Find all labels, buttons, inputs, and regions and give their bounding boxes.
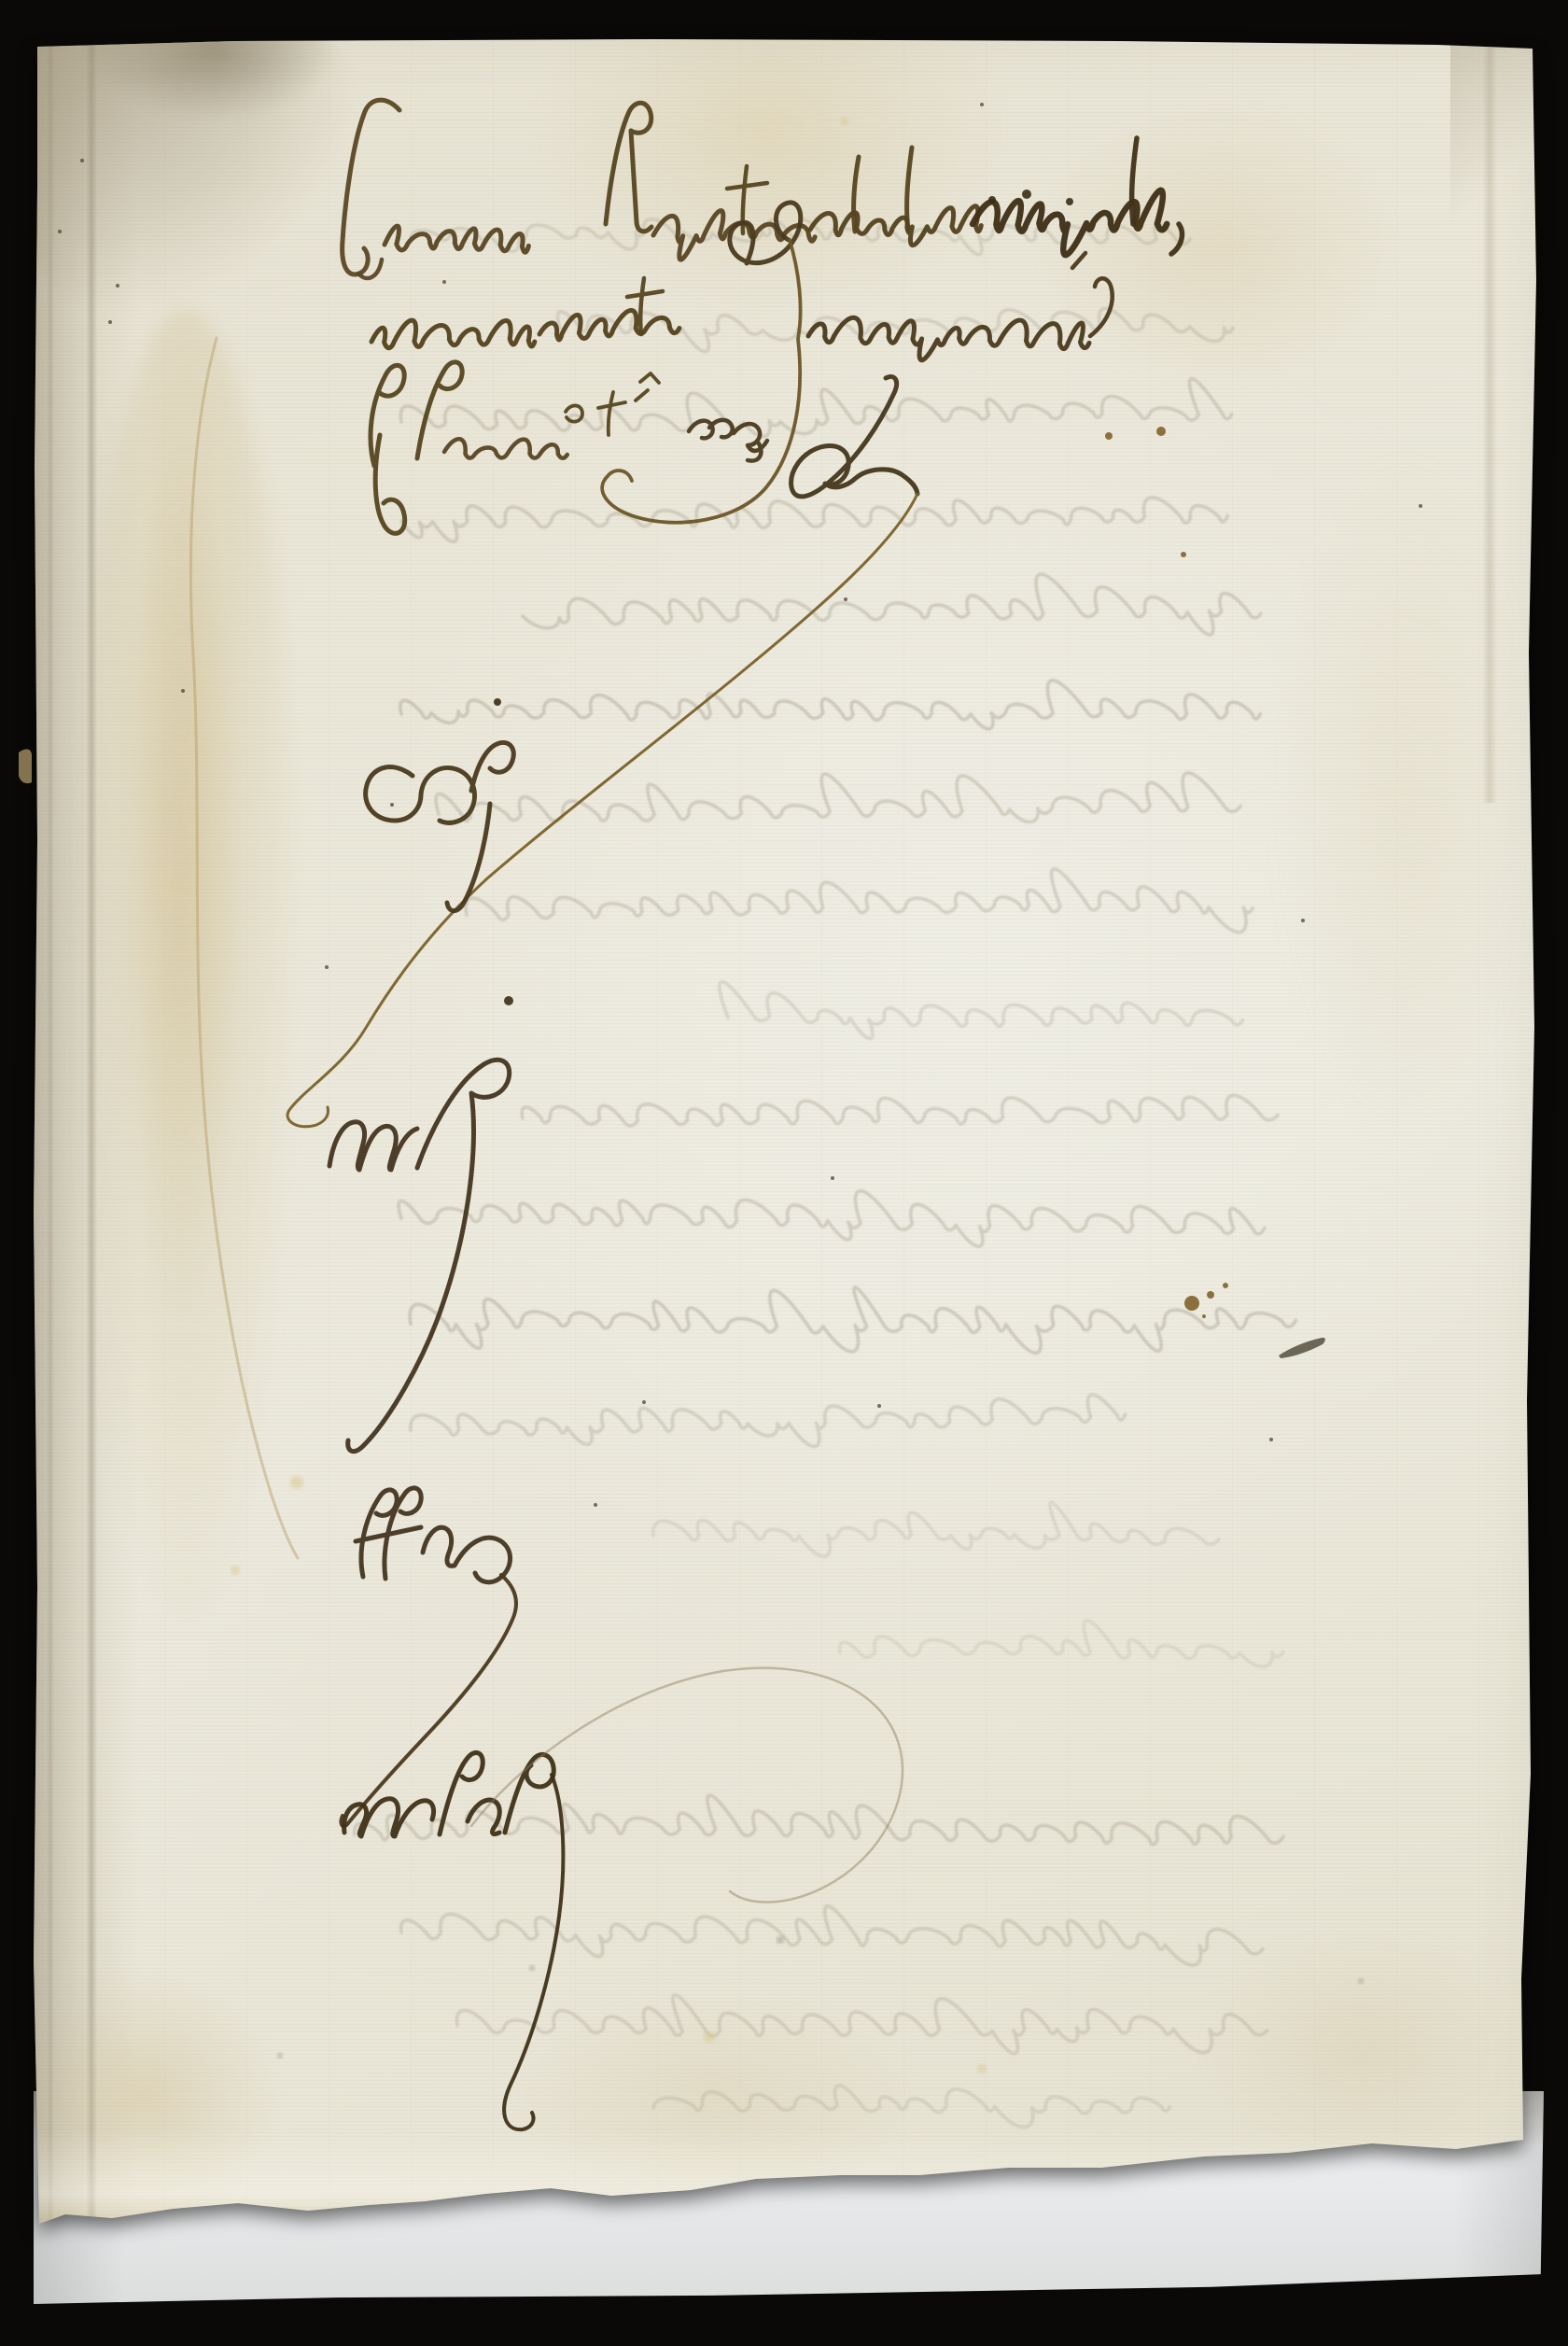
- paper-spot: [844, 597, 847, 601]
- paper-spot: [80, 159, 84, 162]
- paper-spot: [1223, 1283, 1228, 1288]
- paper-spot: [1202, 1314, 1206, 1318]
- paper-spot: [1066, 198, 1073, 205]
- paper-spot: [325, 965, 329, 969]
- paper-spot: [704, 2031, 715, 2043]
- paper-spot: [642, 1400, 646, 1404]
- paper-spot: [1022, 190, 1031, 199]
- scan-root: ferma esta de los ebord, nara ntos Conta…: [0, 0, 1568, 2346]
- paper-spot: [277, 2053, 283, 2058]
- paper-spot: [1156, 427, 1166, 436]
- paper-spot: [988, 196, 996, 204]
- paper-spot: [58, 230, 62, 233]
- paper-spot: [594, 1503, 597, 1507]
- bleedthrough-text: [355, 219, 1296, 2128]
- paper-spot: [108, 320, 112, 324]
- paper-spot: [1105, 432, 1113, 440]
- ink-spots: [58, 103, 1422, 2073]
- paper-spot: [1184, 1296, 1199, 1311]
- paper-spot: [841, 118, 848, 125]
- paper-spot: [777, 1936, 784, 1944]
- paper-spot: [116, 284, 119, 288]
- paper-spot: [181, 689, 185, 693]
- paper-spot: [1419, 504, 1422, 508]
- handwriting-ink: [0, 0, 1568, 2346]
- paper-spot: [1358, 1978, 1364, 1984]
- paper-spot: [980, 103, 984, 106]
- paper-spot: [1269, 1438, 1273, 1441]
- paper-spot: [529, 1965, 535, 1971]
- paper-spot: [231, 1566, 240, 1575]
- paper-spot: [442, 280, 446, 284]
- paper-spot: [877, 1404, 881, 1408]
- paper-spot: [504, 996, 513, 1005]
- paper-spot: [977, 2064, 987, 2073]
- paper-spot: [494, 698, 501, 706]
- paper-spot: [390, 803, 394, 807]
- paper-spot: [1181, 552, 1186, 557]
- paper-spot: [290, 1476, 303, 1489]
- paper-spot: [831, 1176, 834, 1180]
- paper-spot: [1301, 919, 1305, 922]
- paper-spot: [1207, 1291, 1214, 1299]
